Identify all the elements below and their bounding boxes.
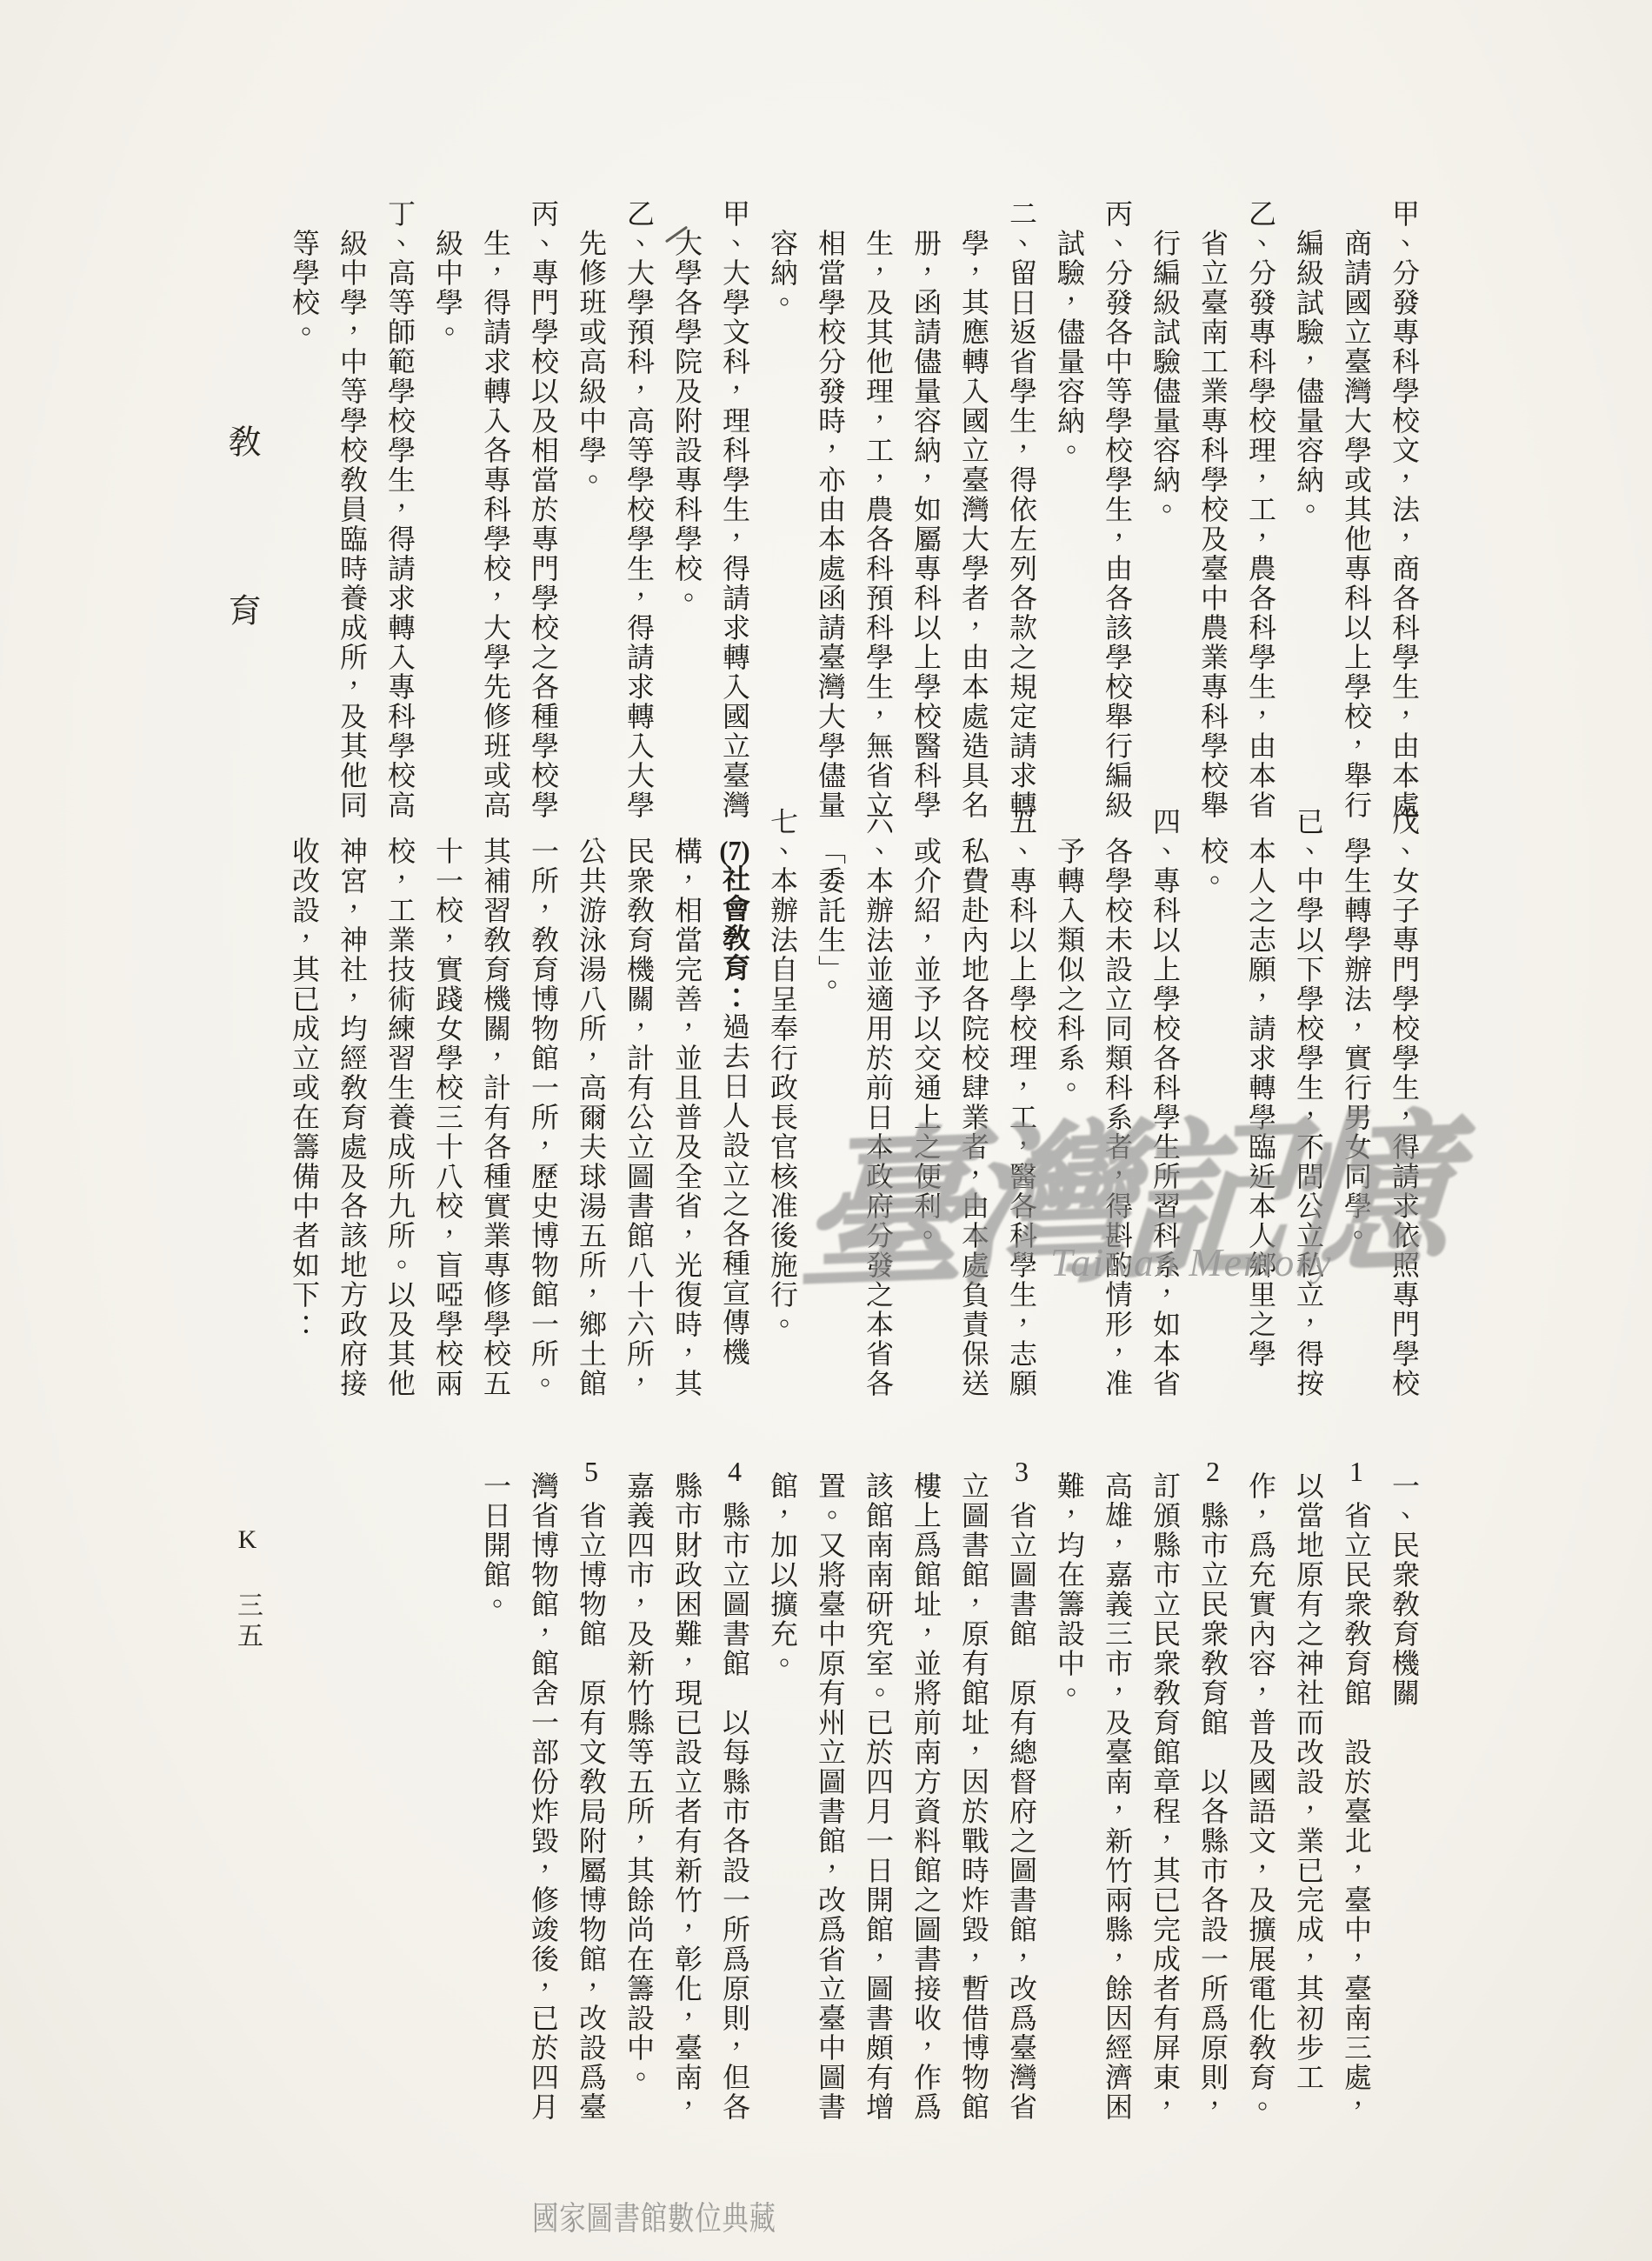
item-number: 2 (1197, 1456, 1229, 1489)
list-item: 六、本辦法並適用於前日本政府分發之本省各「委託生」。 (806, 837, 902, 1411)
list-item: 乙、大學預科，高等學校學生，得請求轉入大學先修班或高級中學。 (567, 229, 663, 834)
list-item: 已、中學以下學校學生，不問公立私立，得按本人之志願，請求轉學臨近本人鄉里之學校。 (1189, 837, 1332, 1411)
paragraph-social-education: (7)社會敎育：過去日人設立之各種宣傳機構，相當完善，並且普及全省，光復時，其民… (280, 837, 758, 1411)
list-item: 甲、大學文科，理科學生，得請求轉入國立臺灣大學各學院及附設專科學校。 (663, 229, 758, 834)
scanned-document-page: 敎育 K 三五 甲、分發專科學校文，法，商各科學生，由本處商請國立臺灣大學或其他… (0, 0, 1652, 2261)
list-item: 戊、女子專門學校學生，得請求依照專門學校學生轉學辦法，實行男女同學。 (1332, 837, 1428, 1411)
list-item: 丙、專門學校以及相當於專門學校之各種學校學生，得請求轉入各專科學校，大學先修班或… (423, 229, 567, 834)
section-civic-education-organs: 一、民衆敎育機關 1省立民衆敎育館 設於臺北，臺中，臺南三處，以當地原有之神社而… (245, 1471, 1428, 2136)
list-item: 丙、分發各中等學校學生，由各該學校舉行編級試驗，儘量容納。 (1045, 229, 1141, 834)
section-title: 社會敎育： (719, 864, 750, 1012)
list-item: 4縣市立圖書館 以每縣市各設一所爲原則，但各縣市財政困難，現已設立者有新竹，彰化… (615, 1471, 758, 2136)
list-item: 乙、分發專科學校理，工，農各科學生，由本省省立臺南工業專科學校及臺中農業專科學校… (1141, 229, 1284, 834)
list-item: 1省立民衆敎育館 設於臺北，臺中，臺南三處，以當地原有之神社而改設，業已完成，其… (1236, 1471, 1380, 2136)
list-item: 七、本辦法自呈奉行政長官核准後施行。 (758, 837, 806, 1411)
item-number: 1 (1341, 1456, 1372, 1489)
section-transfer-rules: 甲、分發專科學校文，法，商各科學生，由本處商請國立臺灣大學或其他專科以上學校，舉… (263, 229, 1428, 834)
item-text: 省立博物館 原有文敎局附屬博物館，改設爲臺灣省博物館，館舍一部份炸毀，修竣後，已… (480, 1471, 607, 2122)
item-number: 5 (576, 1456, 607, 1489)
section-transfer-rules-continued: 戊、女子專門學校學生，得請求依照專門學校學生轉學辦法，實行男女同學。 已、中學以… (263, 837, 1428, 1411)
list-item: 5省立博物館 原有文敎局附屬博物館，改設爲臺灣省博物館，館舍一部份炸毀，修竣後，… (471, 1471, 615, 2136)
item-number: 4 (719, 1456, 750, 1489)
list-item: 甲、分發專科學校文，法，商各科學生，由本處商請國立臺灣大學或其他專科以上學校，舉… (1284, 229, 1428, 834)
list-item: 3省立圖書館 原有總督府之圖書館，改爲臺灣省立圖書館，原有館址，因於戰時炸毀，暫… (758, 1471, 1045, 2136)
section-body-text: 過去日人設立之各種宣傳機構，相當完善，並且普及全省，光復時，其民衆敎育機關，計有… (289, 837, 750, 1398)
list-item: 二、留日返省學生，得依左列各款之規定請求轉學，其應轉入國立臺灣大學者，由本處造具… (758, 229, 1045, 834)
item-text: 省立民衆敎育館 設於臺北，臺中，臺南三處，以當地原有之神社而改設，業已完成，其初… (1245, 1471, 1372, 2122)
section-heading: 一、民衆敎育機關 (1380, 1471, 1428, 2136)
item-text: 縣市立圖書館 以每縣市各設一所爲原則，但各縣市財政困難，現已設立者有新竹，彰化，… (623, 1471, 750, 2122)
item-text: 縣市立民衆敎育館 以各縣市各設一所爲原則，訂頒縣市立民衆敎育館章程，其已完成者有… (1054, 1471, 1229, 2122)
section-number-marker: (7) (719, 837, 750, 864)
list-item: 丁、高等師範學校學生，得請求轉入專科學校高級中學，中等學校敎員臨時養成所，及其他… (280, 229, 423, 834)
running-header: 敎育 (217, 424, 265, 762)
footer-caption: 國家圖書館數位典藏 (532, 2191, 776, 2239)
list-item: 2縣市立民衆敎育館 以各縣市各設一所爲原則，訂頒縣市立民衆敎育館章程，其已完成者… (1045, 1471, 1236, 2136)
list-item: 五、專科以上學校理，工，醫各科學生，志願私費赴內地各院校肆業者，由本處負責保送或… (902, 837, 1045, 1411)
item-text: 省立圖書館 原有總督府之圖書館，改爲臺灣省立圖書館，原有館址，因於戰時炸毀，暫借… (767, 1471, 1037, 2122)
item-number: 3 (1006, 1456, 1037, 1489)
list-item: 四、專科以上學校各科學生所習科系，如本省各學校未設立同類科系者，得斟酌情形，准予… (1045, 837, 1189, 1411)
